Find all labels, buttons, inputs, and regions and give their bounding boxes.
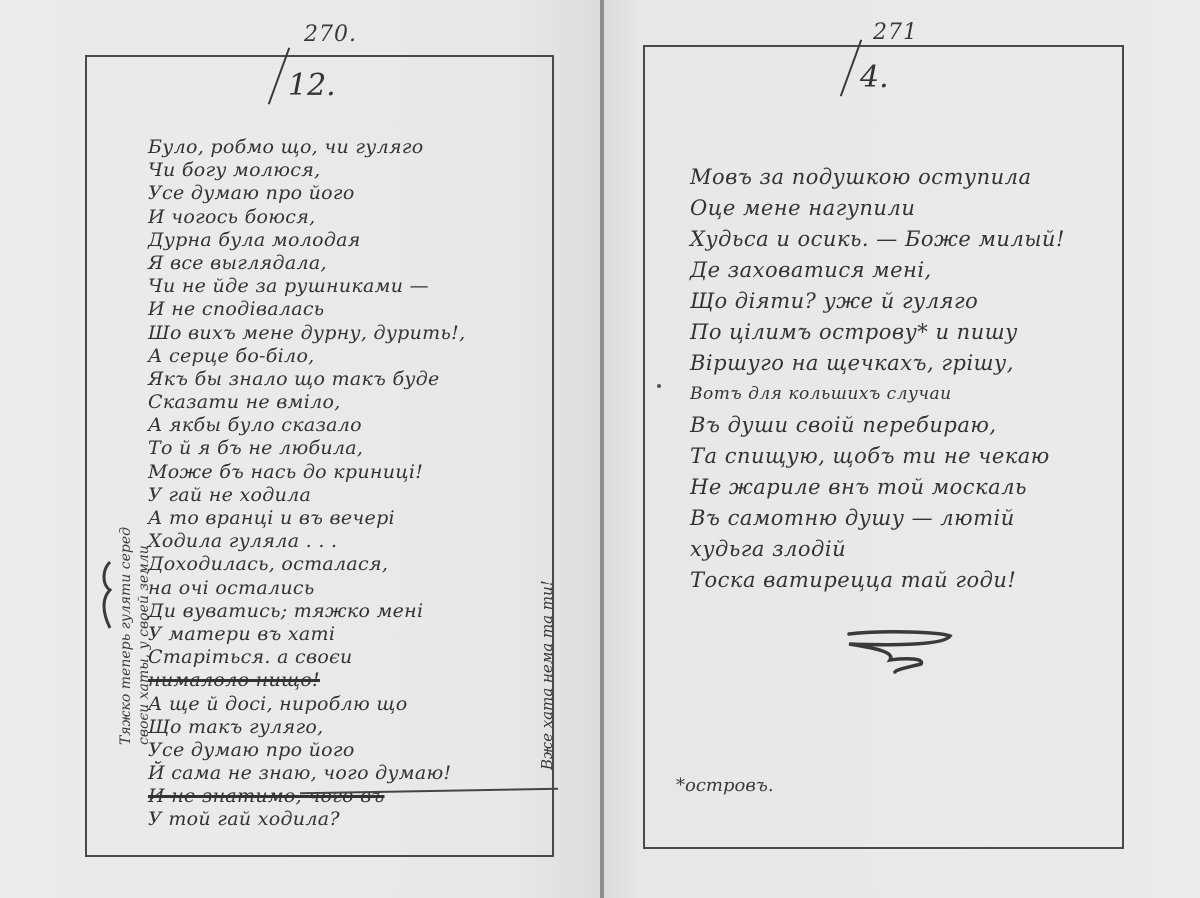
poem-line: Було, робмо що, чи гуляго [148,136,558,159]
flourish-mark-icon [100,560,120,630]
margin-note-left-1: Тяжко теперь гуляти серед [118,527,134,745]
right-page-number: 271 [873,20,918,45]
poem-line: Сказати не вміло, [148,391,558,414]
poem-line: Що такъ гуляго, [148,716,558,739]
footnote: *островъ. [676,775,774,796]
poem-line: Чи богу молюся, [148,159,558,182]
poem-line: худьга злодій [690,534,1130,565]
poem-line: Вотъ для кольшихъ случаи [690,379,1130,410]
poem-line: То й я бъ не любила, [148,437,558,460]
book-spread: 270. 12. Було, робмо що, чи гуляго Чи бо… [0,0,1200,898]
poem-line: Усе думаю про його [148,739,558,762]
poem-line: Ди вуватись; тяжко мені [148,600,558,623]
margin-note-right: Вже хата нема та ти! [538,580,556,770]
poem-line: Въ самотню душу — лютій [690,503,1130,534]
poem-line: Й сама не знаю, чого думаю! [148,762,558,785]
poem-line: А то вранці и въ вечері [148,507,558,530]
poem-line: Мовъ за подушкою оступила [690,162,1130,193]
poem-line: Та спищую, щобъ ти не чекаю [690,441,1130,472]
poem-line: на очі остались [148,577,558,600]
poem-line: Не жариле внъ той москаль [690,472,1130,503]
poem-line: Оце мене нагупили [690,193,1130,224]
poem-line: А серце бо-біло, [148,345,558,368]
margin-note-left-2: своєи хаты, у своей земли [136,545,152,745]
poem-line: Я все выглядала, [148,252,558,275]
poem-line: Де заховатися мені, [690,255,1130,286]
poem-line: Усе думаю про його [148,182,558,205]
poem-line: И не сподівалась [148,298,558,321]
poem-line: У гай не ходила [148,484,558,507]
poem-line: А якбы було сказало [148,414,558,437]
poem-line: Доходилась, осталася, [148,553,558,576]
left-poem-text: Було, робмо що, чи гуляго Чи богу молюся… [148,136,558,832]
poem-line: Якъ бы знало що такъ буде [148,368,558,391]
poem-line: Въ души своій перебираю, [690,410,1130,441]
poem-line: Старіться. а своєи [148,646,558,669]
end-flourish-icon [845,630,965,690]
poem-line: Шо вихъ мене дурну, дурить!, [148,322,558,345]
poem-line: У матери въ хаті [148,623,558,646]
poem-line: Чи не йде за рушниками — [148,275,558,298]
poem-line: Що діяти? уже й гуляго [690,286,1130,317]
left-page-number: 270. [304,22,357,47]
left-page: 270. 12. Було, робмо що, чи гуляго Чи бо… [0,0,602,898]
poem-line: Ходила гуляла . . . [148,530,558,553]
poem-line: Віршуго на щечкахъ, грішу, [690,348,1130,379]
poem-line: И чогось боюся, [148,206,558,229]
ink-dot [657,384,661,388]
right-poem-number: 4. [860,60,889,95]
poem-line: А ще й досі, нироблю що [148,693,558,716]
poem-line: Дурна була молодая [148,229,558,252]
poem-line: Худьса и осикь. — Боже милый! [690,224,1130,255]
poem-line: У той гай ходила? [148,808,558,831]
poem-line-struck: нималоло нищо! [148,669,558,692]
right-poem-text: Мовъ за подушкою оступила Оце мене нагуп… [690,162,1130,596]
poem-line: По цілимъ острову* и пишу [690,317,1130,348]
left-poem-number: 12. [288,68,336,103]
poem-line: Може бъ нась до криниці! [148,461,558,484]
poem-line: Тоска ватирецца тай годи! [690,565,1130,596]
